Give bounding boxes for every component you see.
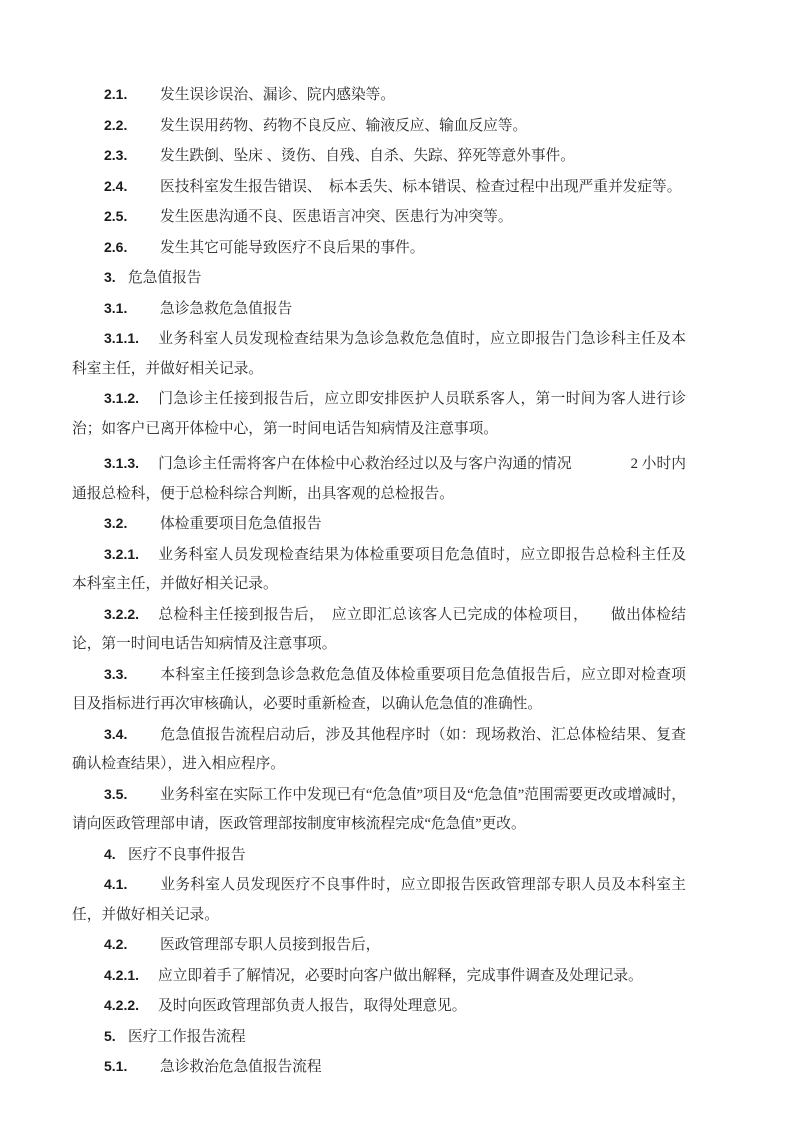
item-text: 医疗工作报告流程 [128,1029,246,1045]
item-text: 发生误诊误治、漏诊、院内感染等。 [160,87,395,103]
item-text: 医疗不良事件报告 [128,847,246,863]
item-text: 发生误用药物、药物不良反应、输液反应、输血反应等。 [160,118,527,134]
list-item-2-3: 2.3.发生跌倒、坠床 、烫伤、自残、自杀、失踪、猝死等意外事件。 [72,141,686,172]
item-number: 3.1.3. [104,449,158,479]
list-item-5-1: 5.1.急诊救治危急值报告流程 [72,1052,686,1083]
item-number: 4.1. [104,870,160,900]
item-text: 医政管理部专职人员接到报告后， [160,937,380,953]
item-text: 业务科室人员发现检查结果为体检重要项目危急值时，应立即报告总检科主任及本科室主任… [72,547,686,593]
item-number: 4.2.2. [104,991,158,1021]
item-number: 3.1. [104,294,160,324]
list-item-2-6: 2.6.发生其它可能导致医疗不良后果的事件。 [72,233,686,264]
item-text: 危急值报告流程启动后，涉及其他程序时（如：现场救治、汇总体检结果、复查确认检查结… [72,727,686,773]
list-item-3-2-1: 3.2.1.业务科室人员发现检查结果为体检重要项目危急值时，应立即报告总检科主任… [72,540,686,600]
item-number: 3.4. [104,720,160,750]
item-text: 及时向医政管理部负责人报告，取得处理意见。 [158,998,466,1014]
item-text: 应立即着手了解情况，必要时向客户做出解释，完成事件调查及处理记录。 [158,968,643,984]
document-page: 2.1.发生误诊误治、漏诊、院内感染等。 2.2.发生误用药物、药物不良反应、输… [72,80,686,1083]
item-number: 2.6. [104,233,160,263]
list-item-3-1-1: 3.1.1.业务科室人员发现检查结果为急诊急救危急值时，应立即报告门急诊科主任及… [72,324,686,384]
section-heading-5: 5.医疗工作报告流程 [72,1022,686,1053]
item-number: 3.2.1. [104,540,158,570]
item-number: 3.5. [104,780,160,810]
list-item-3-2-2: 3.2.2.总检科主任接到报告后， 应立即汇总该客人已完成的体检项目， 做出体检… [72,600,686,660]
list-item-4-1: 4.1.业务科室人员发现医疗不良事件时，应立即报告医政管理部专职人员及本科室主任… [72,870,686,930]
item-number: 2.5. [104,202,160,232]
item-number: 2.2. [104,111,160,141]
item-number: 3. [104,263,128,293]
item-text: 门急诊主任接到报告后，应立即安排医护人员联系客人，第一时间为客人进行诊治；如客户… [72,391,686,437]
list-item-2-4: 2.4.医技科室发生报告错误、 标本丢失、标本错误、检查过程中出现严重并发症等。 [72,172,686,203]
item-number: 4.2. [104,930,160,960]
list-item-2-5: 2.5.发生医患沟通不良、医患语言冲突、医患行为冲突等。 [72,202,686,233]
list-item-3-3: 3.3.本科室主任接到急诊急救危急值及体检重要项目危急值报告后，应立即对检查项目… [72,660,686,720]
item-text: 发生其它可能导致医疗不良后果的事件。 [160,240,424,256]
list-item-3-2: 3.2.体检重要项目危急值报告 [72,509,686,540]
item-text: 门急诊主任需将客户在体检中心救治经过以及与客户沟通的情况 2 小时内通报总检科，… [72,456,686,502]
item-number: 5.1. [104,1052,160,1082]
item-text: 总检科主任接到报告后， 应立即汇总该客人已完成的体检项目， 做出体检结论，第一时… [72,607,686,653]
item-text: 发生跌倒、坠床 、烫伤、自残、自杀、失踪、猝死等意外事件。 [160,148,575,164]
item-text: 体检重要项目危急值报告 [160,516,322,532]
list-item-2-1: 2.1.发生误诊误治、漏诊、院内感染等。 [72,80,686,111]
item-text: 业务科室人员发现医疗不良事件时，应立即报告医政管理部专职人员及本科室主任，并做好… [72,877,686,923]
list-item-3-5: 3.5.业务科室在实际工作中发现已有“危急值”项目及“危急值”范围需要更改或增减… [72,780,686,840]
item-number: 4.2.1. [104,961,158,991]
item-number: 3.2.2. [104,600,158,630]
section-heading-4: 4.医疗不良事件报告 [72,840,686,871]
list-item-4-2: 4.2.医政管理部专职人员接到报告后， [72,930,686,961]
item-number: 3.3. [104,660,160,690]
item-number: 2.4. [104,172,160,202]
item-number: 2.3. [104,141,160,171]
list-item-3-1-3: 3.1.3.门急诊主任需将客户在体检中心救治经过以及与客户沟通的情况 2 小时内… [72,449,686,509]
item-number: 3.1.1. [104,324,158,354]
item-text: 业务科室在实际工作中发现已有“危急值”项目及“危急值”范围需要更改或增减时，请向… [72,787,686,833]
item-number: 4. [104,840,128,870]
item-number: 3.2. [104,509,160,539]
list-item-4-2-2: 4.2.2.及时向医政管理部负责人报告，取得处理意见。 [72,991,686,1022]
item-text: 本科室主任接到急诊急救危急值及体检重要项目危急值报告后，应立即对检查项目及指标进… [72,667,686,713]
item-text: 业务科室人员发现检查结果为急诊急救危急值时，应立即报告门急诊科主任及本科室主任，… [72,331,686,377]
item-number: 2.1. [104,80,160,110]
list-item-4-2-1: 4.2.1.应立即着手了解情况，必要时向客户做出解释，完成事件调查及处理记录。 [72,961,686,992]
item-text: 危急值报告 [128,270,201,286]
list-item-3-1-2: 3.1.2.门急诊主任接到报告后，应立即安排医护人员联系客人，第一时间为客人进行… [72,384,686,444]
item-text: 发生医患沟通不良、医患语言冲突、医患行为冲突等。 [160,209,513,225]
list-item-3-4: 3.4.危急值报告流程启动后，涉及其他程序时（如：现场救治、汇总体检结果、复查确… [72,720,686,780]
item-text: 急诊救治危急值报告流程 [160,1059,322,1075]
item-text: 急诊急救危急值报告 [160,301,292,317]
item-number: 3.1.2. [104,384,158,414]
list-item-3-1: 3.1.急诊急救危急值报告 [72,294,686,325]
item-text: 医技科室发生报告错误、 标本丢失、标本错误、检查过程中出现严重并发症等。 [160,179,681,195]
section-heading-3: 3.危急值报告 [72,263,686,294]
item-number: 5. [104,1022,128,1052]
list-item-2-2: 2.2.发生误用药物、药物不良反应、输液反应、输血反应等。 [72,111,686,142]
